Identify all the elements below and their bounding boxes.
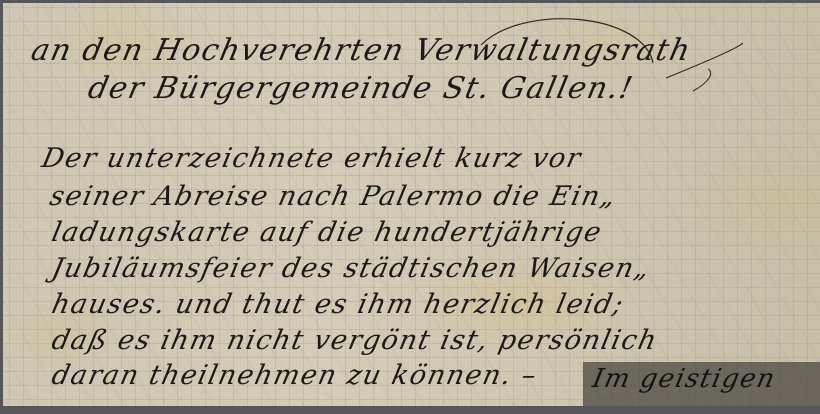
document-page: an den Hochverehrten Verwaltungsrath der…: [3, 3, 820, 406]
heading-line-1: an den Hochverehrten Verwaltungsrath: [28, 33, 695, 68]
overlay-text: Im geistigen: [590, 364, 779, 394]
body-line-5: hauses. und thut es ihm herzlich leid;: [49, 289, 627, 320]
heading-line-2: der Bürgergemeinde St. Gallen.!: [85, 71, 637, 106]
dark-overlay-box: Im geistigen: [583, 362, 820, 406]
body-line-2: seiner Abreise nach Palermo die Ein„: [47, 181, 619, 212]
body-line-1: Der unterzeichnete erhielt kurz vor: [39, 143, 585, 174]
body-line-3: ladungskarte auf die hundertjährige: [49, 217, 605, 248]
body-line-7: daran theilnehmen zu können. –: [49, 360, 540, 391]
body-line-6: daß es ihm nicht vergönt ist, persönlich: [49, 325, 661, 356]
document-viewer: an den Hochverehrten Verwaltungsrath der…: [0, 0, 820, 414]
body-line-4: Jubiläumsfeier des städtischen Waisen„: [49, 253, 653, 284]
bottom-frame: [0, 406, 820, 414]
